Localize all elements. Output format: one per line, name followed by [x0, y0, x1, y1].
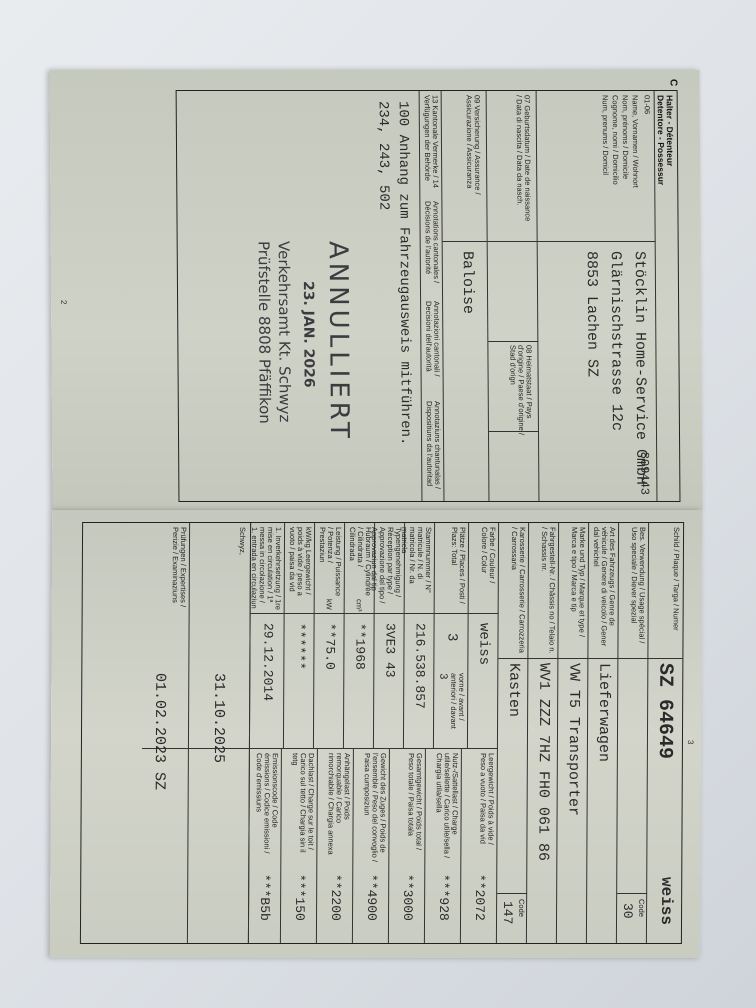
divider [648, 658, 682, 659]
chassis-row: Fahrgestell-Nr. / Châssis no / Telaio n.… [526, 523, 559, 943]
empty-weight-label: Leergewicht / Poids à vide / Peso a vuot… [478, 753, 495, 863]
plate-label: Schild / Plaque / Targa / Numer [671, 527, 680, 655]
owner-label-it: Cognome, nomi / Domicilio [611, 95, 620, 185]
vehicle-type-row: Art des Fahrzeugs / Genre de véhicule / … [586, 523, 619, 943]
emission-code-label: Emissionscode / Code émissions / Codice … [254, 753, 279, 863]
owner-label-rm: Num, prenums / Domicil [601, 95, 610, 175]
divider [345, 613, 375, 614]
roof-load-label: Dachlast / Charge sur le toit / Carico s… [290, 753, 315, 863]
power-row: Leistung / Puissance / Potenza / Prestaz… [313, 523, 345, 748]
color-label: Farbe / Couleur / Colore / Colur [480, 527, 496, 607]
inspection-row: Prüfungen / Expertises / Perizie / Exami… [129, 523, 191, 943]
section-c-label: C [668, 79, 679, 86]
owner-id: 809443 [637, 452, 651, 495]
type-approval-row: Typengenehmigung / Réception par type / … [373, 523, 405, 748]
issue-row: Schwyz, 31.10.2025 [187, 523, 251, 943]
power-weight-row: kW/kg Leergewicht / poids à vide / peso … [283, 523, 315, 748]
power-weight-label: kW/kg Leergewicht / poids à vide / peso … [288, 527, 312, 611]
divider [488, 241, 538, 242]
weight-row: Anhängelast / Poids remorquable / Carico… [316, 749, 354, 943]
seats-front: 3 [436, 673, 448, 680]
cancelled-stamp-title: ANNULLIERT [323, 241, 354, 442]
divider [489, 431, 539, 432]
right-page: Schild / Plaque / Targa / Numer SZ 64649… [50, 510, 702, 958]
owner-street: Glärnischstrasse 12c [607, 251, 625, 431]
power-unit: kW [325, 599, 333, 610]
type-approval-number: 3VE3 43 [382, 623, 397, 678]
divider [528, 658, 558, 659]
rotated-document: C Halter - Détenteur Detentore - Possess… [0, 0, 756, 1008]
seats-label: Plätze / Places / Posti / Plazs: Total [450, 527, 466, 607]
make-model-row: Marke und Typ / Marque et type / Marca e… [556, 523, 589, 943]
emission-code-value: ***B5b [257, 874, 272, 921]
owner-name: Stöcklin Home-Service GmbH [631, 251, 650, 485]
owner-header-de: Halter - Détenteur [665, 95, 675, 166]
owner-code: 01-06 [643, 95, 651, 114]
issue-date: 31.10.2025 [210, 673, 227, 763]
weight-row: Dachlast / Charge sur le toit / Carico s… [280, 749, 318, 943]
issue-place-label: Schwyz, [238, 527, 246, 555]
plate-number: SZ 64649 [653, 663, 677, 759]
displacement-label: Hubraum / Cylindrée / Cilindrata / Cilin… [348, 527, 372, 597]
seats-row: Plätze / Places / Posti / Plazs: Total 3… [433, 523, 469, 748]
owner-label-fr: Nom, prénoms / Domicile [621, 95, 630, 179]
body-code-label: Code [517, 899, 525, 917]
divider [443, 241, 488, 242]
page-number-left: 2 [59, 300, 68, 304]
seats-total: 3 [443, 633, 459, 641]
plate-color: weiss [657, 877, 675, 925]
gross-weight-label: Gesamtgewicht / Poids total / Peso total… [406, 753, 423, 863]
insurance-label: 09 Versicherung / Assurance / Assicurazi… [465, 95, 482, 225]
weight-row: Nutz-/Sattellast / Charge utile/sellette… [424, 749, 462, 943]
divider [488, 341, 538, 342]
birth-origin-row: 07 Geburtsdatum / Date de naissance / Da… [486, 91, 540, 501]
divider [618, 658, 648, 659]
body-label: Karosserie / Carrosserie / Carrozzeria /… [509, 527, 526, 655]
origin-label: 08 Heimatstaat / Pays d'origine / Paese … [508, 345, 533, 435]
divider [558, 658, 588, 659]
birth-date-label: 07 Geburtsdatum / Date de naissance / Da… [515, 95, 532, 225]
first-registration-row: 1. Inverkehrsetzung / 1re mise en circul… [249, 523, 285, 748]
payload-label: Nutz-/Sattellast / Charge utile/sellette… [434, 753, 459, 863]
color-row: Farbe / Couleur / Colore / Colur weiss [467, 523, 499, 748]
remarks-label-fr: Annotations cantonales / Décisions de l'… [423, 201, 440, 296]
vehicle-type-label: Art des Fahrzeugs / Genre de véhicule / … [591, 527, 616, 655]
body-row: Karosserie / Carrosserie / Carrozzeria /… [496, 523, 529, 943]
weight-row: Emissionscode / Code émissions / Codice … [248, 749, 282, 943]
empty-weight-value: **2072 [472, 874, 487, 921]
remarks-line-2: 234, 243, 502 [375, 101, 392, 210]
vehicle-frame: Schild / Plaque / Targa / Numer SZ 64649… [80, 522, 684, 944]
chassis-label: Fahrgestell-Nr. / Châssis no / Telaio n.… [539, 527, 556, 655]
divider [375, 613, 405, 614]
seats-front-label: vorne / avant / anteriori / davant [449, 673, 465, 743]
displacement-unit: cm³ [355, 599, 363, 612]
train-weight-label: Gewicht des Zuges / Poids de l'ensemble … [362, 753, 387, 863]
owner-frame: C Halter - Détenteur Detentore - Possess… [176, 90, 681, 502]
towing-value: **2200 [328, 874, 343, 921]
plate-row: Schild / Plaque / Targa / Numer SZ 64649… [646, 523, 683, 943]
inspection-label: Prüfungen / Expertises / Perizie / Exami… [171, 527, 187, 617]
cancelled-stamp-station: Prüfstelle 8808 Pfäffikon [255, 241, 274, 424]
cancelled-stamp-office: Verkehrsamt Kt. Schwyz [275, 241, 294, 422]
owner-header-it: Detentore - Possessur [656, 95, 667, 185]
divider [405, 613, 435, 614]
divider [588, 658, 618, 659]
divider [617, 893, 647, 894]
page-number-right: 3 [686, 740, 695, 744]
owner-city: 8853 Lachen SZ [583, 251, 601, 377]
divider [435, 613, 469, 614]
body-code: 147 [500, 901, 515, 924]
make-model: VW T5 Transporter [565, 663, 583, 816]
chassis-number: WV1 ZZZ 7HZ FH0 061 86 [534, 663, 552, 861]
remarks-label-de: 13 Kantonale Vermerke / 14 Verfügungen d… [423, 95, 440, 195]
power-weight-value: ****** [292, 623, 307, 670]
remarks-label-rm: Annotaziuns chantunalas / Dispositiuns d… [425, 401, 442, 496]
towing-label: Anhängelast / Poids remorquable / Carico… [326, 753, 351, 863]
divider [498, 658, 528, 659]
weight-row: Gewicht des Zuges / Poids de l'ensemble … [352, 749, 390, 943]
weight-row: Leergewicht / Poids à vide / Peso a vuot… [460, 749, 498, 943]
owner-header-row: Halter - Détenteur Detentore - Possessur [654, 91, 680, 501]
payload-value: ***928 [436, 874, 451, 921]
owner-row: 01-06 Name, Vornamen / Wohnort Nom, prén… [536, 91, 658, 501]
divider [285, 613, 315, 614]
body-type: Kasten [505, 663, 522, 717]
divider [251, 613, 285, 614]
roof-load-value: ***150 [292, 874, 307, 921]
remarks-header-row: 13 Kantonale Vermerke / 14 Verfügungen d… [419, 91, 445, 501]
divider [315, 613, 345, 614]
first-registration-label: 1. Inverkehrsetzung / 1re mise en circul… [250, 527, 282, 611]
matriculation-number: 216.538.857 [412, 623, 427, 709]
left-page: C Halter - Détenteur Detentore - Possess… [49, 70, 702, 510]
insurance-row: 09 Versicherung / Assurance / Assicurazi… [441, 91, 490, 501]
divider [497, 893, 527, 894]
cancelled-stamp-date: 23. JAN. 2026 [300, 281, 317, 388]
special-use-code: 30 [620, 903, 635, 919]
special-use-code-label: Code [637, 899, 645, 917]
power-value: **75.0 [322, 623, 337, 670]
make-model-label: Marke und Typ / Marque et type / Marca e… [569, 527, 586, 655]
color-value: weiss [475, 623, 491, 665]
matriculation-row: Stammnummer / N° matricule / N. di matri… [403, 523, 435, 748]
vehicle-type: Lieferwagen [595, 663, 613, 762]
remarks-label-it: Annotazioni cantonali / Decisioni dell'a… [424, 301, 441, 396]
displacement-value: **1968 [352, 623, 367, 670]
divider [538, 241, 656, 242]
first-registration-date: 29.12.2014 [260, 623, 275, 701]
gross-weight-value: **3000 [400, 874, 415, 921]
displacement-row: Hubraum / Cylindrée / Cilindrata / Cilin… [343, 523, 375, 748]
special-use-label: Bes. Verwendung / Usage spécial / Uso sp… [629, 527, 646, 655]
power-label: Leistung / Puissance / Potenza / Prestaz… [318, 527, 342, 597]
registration-booklet: C Halter - Détenteur Detentore - Possess… [51, 70, 701, 960]
divider [469, 613, 499, 614]
special-use-row: Bes. Verwendung / Usage spécial / Uso sp… [616, 523, 649, 943]
remarks-line-1: 100 Anhang zum Fahrzeugausweis mitführen… [395, 101, 413, 445]
train-weight-value: **4900 [364, 874, 379, 921]
weight-row: Gesamtgewicht / Poids total / Peso total… [388, 749, 426, 943]
inspection-date: 01.02.2023 SZ [151, 673, 169, 790]
owner-label-de: Name, Vornamen / Wohnort [631, 95, 640, 188]
insurance-value: Baloise [459, 251, 476, 314]
